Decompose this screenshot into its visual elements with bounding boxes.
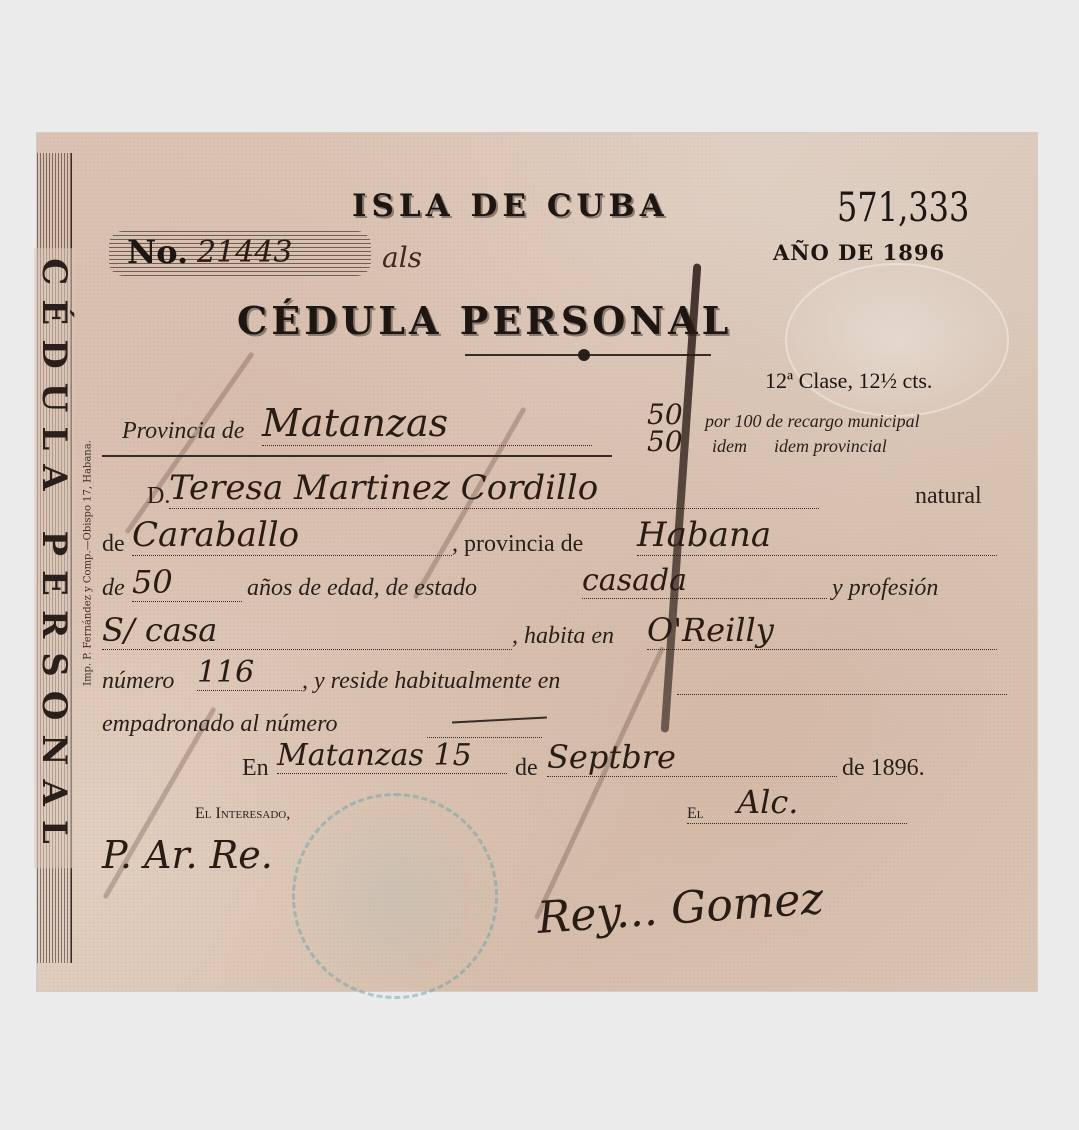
age-field: 50 xyxy=(132,563,242,602)
el-value: Alc. xyxy=(737,783,798,821)
empadronado-label: empadronado al número xyxy=(102,711,338,738)
date-year-label: de 1896. xyxy=(842,755,925,782)
date-en-label: En xyxy=(242,755,269,782)
side-strip: CÉDULA PERSONAL xyxy=(37,153,72,963)
date-de-label: de xyxy=(515,755,538,782)
numero-field-label: número xyxy=(102,668,174,695)
provincia-value: Matanzas xyxy=(262,401,592,446)
interesado-label: El Interesado, xyxy=(195,805,290,823)
main-title: CÉDULA PERSONAL xyxy=(237,298,732,343)
ornament-dot xyxy=(578,349,590,361)
blue-ink-stamp xyxy=(292,793,498,999)
de-label: de xyxy=(102,531,125,558)
header-title: ISLA DE CUBA xyxy=(352,188,669,224)
side-strip-text: CÉDULA PERSONAL xyxy=(34,248,74,868)
estado-field: casada xyxy=(582,563,827,599)
age-suffix: años de edad, de estado xyxy=(247,575,477,602)
empadronado-field xyxy=(427,731,542,738)
reside-label: , y reside habitualmente en xyxy=(302,668,560,695)
official-signature: Rey... Gomez xyxy=(536,873,826,944)
reside-field xyxy=(677,688,1007,695)
date-month-field: Septbre xyxy=(547,738,837,777)
numero-value: 21443 xyxy=(197,235,292,270)
provincia-de-field: Habana xyxy=(637,515,997,556)
habita-label: , habita en xyxy=(512,623,614,650)
empadronado-dash xyxy=(452,717,547,723)
age-prefix: de xyxy=(102,575,125,602)
name-field: Teresa Martinez Cordillo xyxy=(169,468,819,509)
provincia-de-label: , provincia de xyxy=(452,531,583,558)
habita-field: O'Reilly xyxy=(647,611,997,650)
recargo-provincial-value: 50 xyxy=(647,425,683,458)
recargo-provincial-label: idem idem provincial xyxy=(712,436,887,457)
year-label: AÑO DE 1896 xyxy=(773,240,945,265)
cedula-document: CÉDULA PERSONAL Imp. P. Fernández y Comp… xyxy=(37,133,1037,991)
printer-imprint: Imp. P. Fernández y Comp.—Obispo 17, Hab… xyxy=(83,440,94,686)
serial-number: 571,333 xyxy=(837,185,969,231)
clase-label: 12ª Clase, 12½ cts. xyxy=(765,368,932,394)
profesion-field: S/ casa xyxy=(102,611,512,650)
numero-suffix: als xyxy=(382,241,422,274)
recargo-municipal-label: por 100 de recargo municipal xyxy=(705,411,920,432)
numero-label: No. xyxy=(127,233,188,271)
date-place-field: Matanzas 15 xyxy=(277,738,507,774)
provincia-label: Provincia de xyxy=(122,418,244,445)
natural-de-field: Caraballo xyxy=(132,515,452,556)
profesion-label: y profesión xyxy=(832,575,938,602)
numero-field: 116 xyxy=(197,655,302,691)
natural-label: natural xyxy=(915,483,982,510)
